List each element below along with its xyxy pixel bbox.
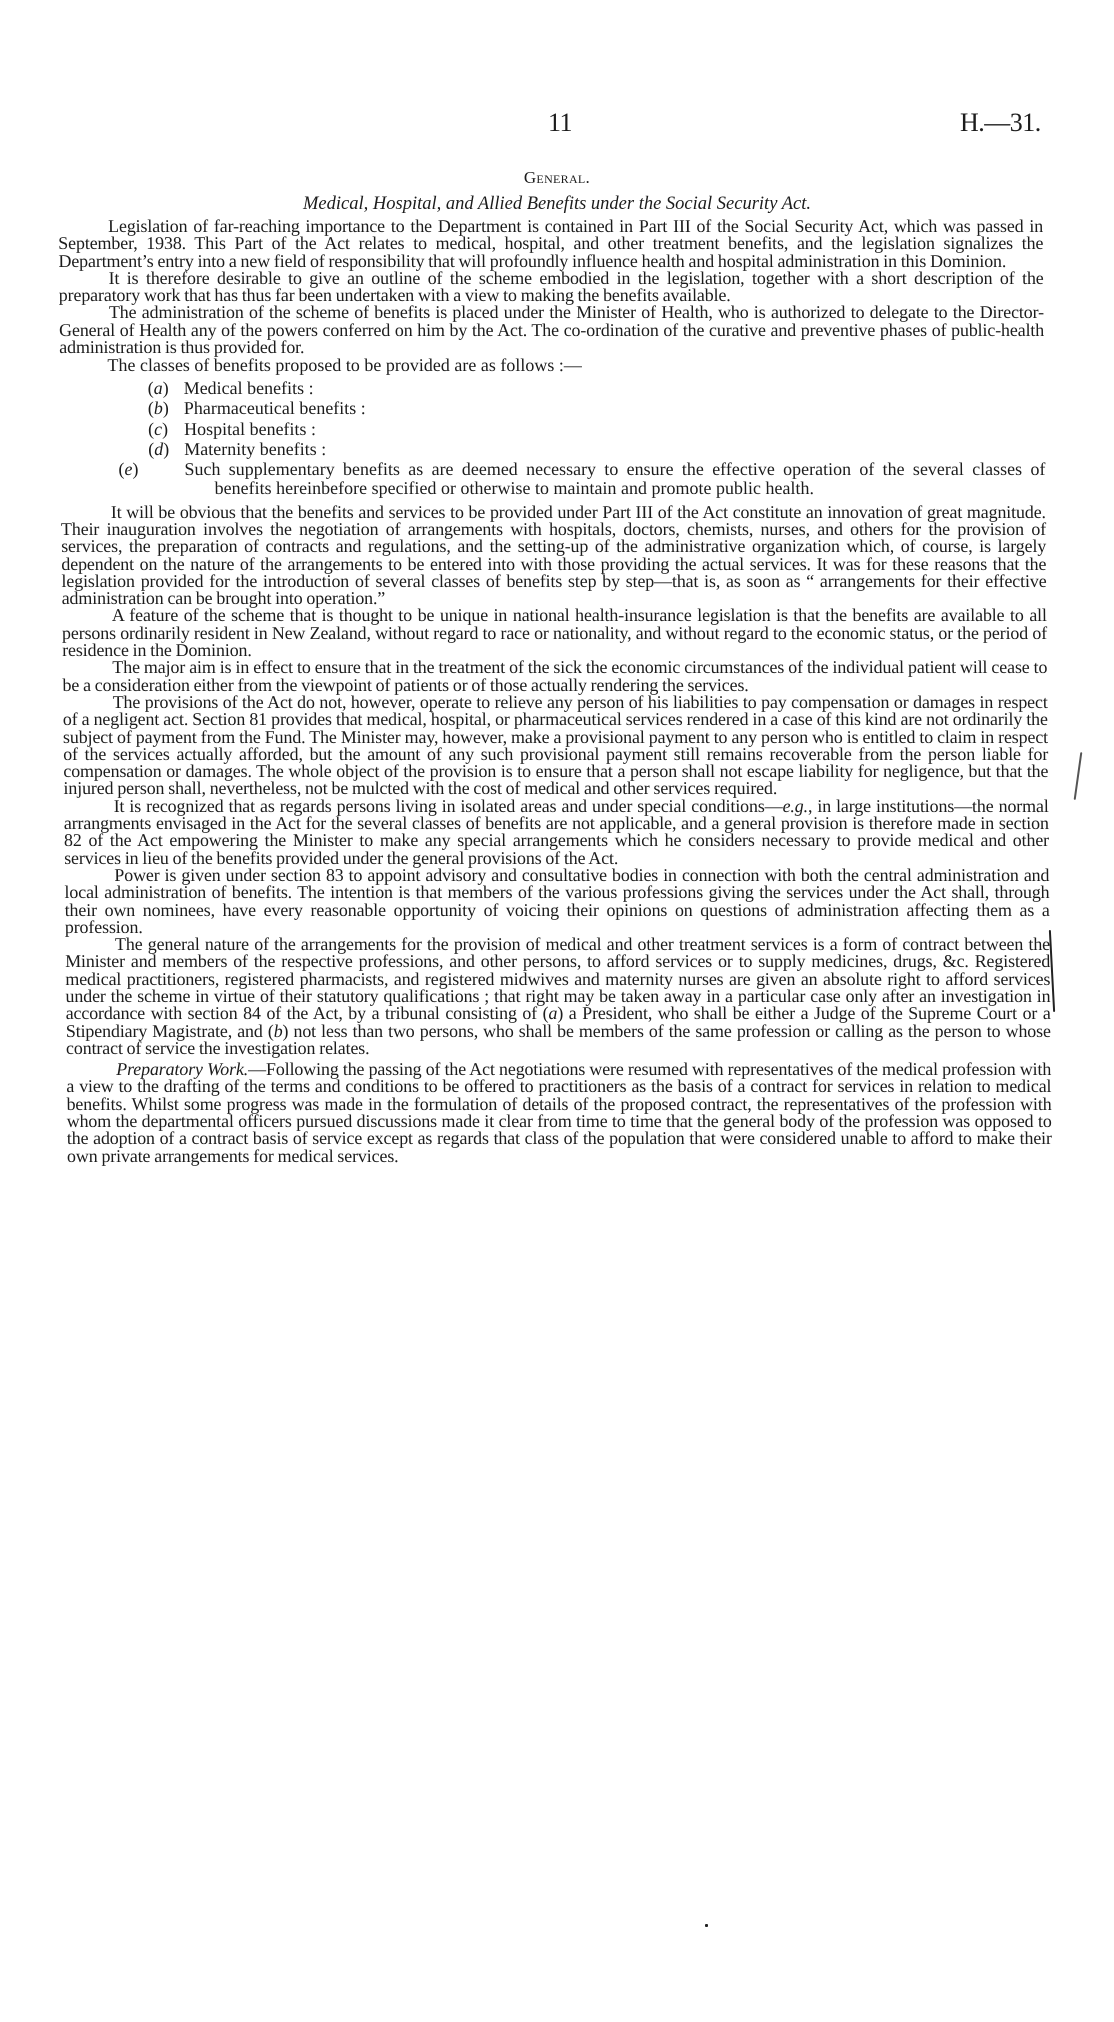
list-label: (b) — [148, 398, 169, 419]
paragraph-liability: The provisions of the Act do not, howeve… — [63, 694, 1049, 798]
body-text: Legislation of far-reaching importance t… — [58, 218, 1052, 1165]
list-label: (a) — [148, 378, 169, 399]
paragraph-outline: It is therefore desirable to give an out… — [58, 270, 1043, 305]
list-label: (c) — [148, 419, 168, 440]
paragraph-legislation: Legislation of far-reaching importance t… — [58, 218, 1043, 270]
section-heading: General. — [0, 168, 1114, 188]
list-item-text: Medical benefits : — [184, 378, 314, 398]
benefit-classes-list: (a) Medical benefits : (b) Pharmaceutica… — [60, 378, 1046, 498]
document-reference: H.—31. — [960, 108, 1041, 138]
list-item-text: Such supplementary benefits as are deeme… — [184, 459, 1045, 498]
paragraph-contract-nature: The general nature of the arrangements f… — [65, 936, 1051, 1057]
paragraph-major-aim: The major aim is in effect to ensure tha… — [62, 659, 1047, 694]
paragraph-administration: The administration of the scheme of bene… — [59, 304, 1044, 356]
list-item-text: Pharmaceutical benefits : — [184, 398, 366, 418]
list-item-text: Hospital benefits : — [184, 419, 316, 439]
benefit-classes-intro: The classes of benefits proposed to be p… — [59, 357, 1044, 374]
list-item-supplementary: (e) Such supplementary benefits as are d… — [60, 460, 1045, 498]
list-item-medical: (a) Medical benefits : — [60, 378, 1045, 399]
paragraph-unique-feature: A feature of the scheme that is thought … — [62, 607, 1047, 659]
list-item-pharmaceutical: (b) Pharmaceutical benefits : — [60, 398, 1045, 419]
list-label: (d) — [148, 439, 169, 460]
list-item-hospital: (c) Hospital benefits : — [60, 419, 1045, 440]
list-item-text: Maternity benefits : — [184, 439, 326, 459]
paragraph-advisory-bodies: Power is given under section 83 to appoi… — [64, 867, 1050, 936]
list-item-maternity: (d) Maternity benefits : — [60, 439, 1045, 460]
page-speck — [705, 1924, 708, 1927]
paragraph-isolated-areas: It is recognized that as regards persons… — [64, 798, 1050, 867]
paragraph-innovation: It will be obvious that the benefits and… — [61, 504, 1047, 608]
section-subheading: Medical, Hospital, and Allied Benefits u… — [0, 193, 1114, 215]
margin-annotation-mark — [1074, 752, 1082, 800]
paragraph-preparatory-work: Preparatory Work.—Following the passing … — [66, 1061, 1052, 1165]
page-number: 11 — [548, 108, 572, 138]
